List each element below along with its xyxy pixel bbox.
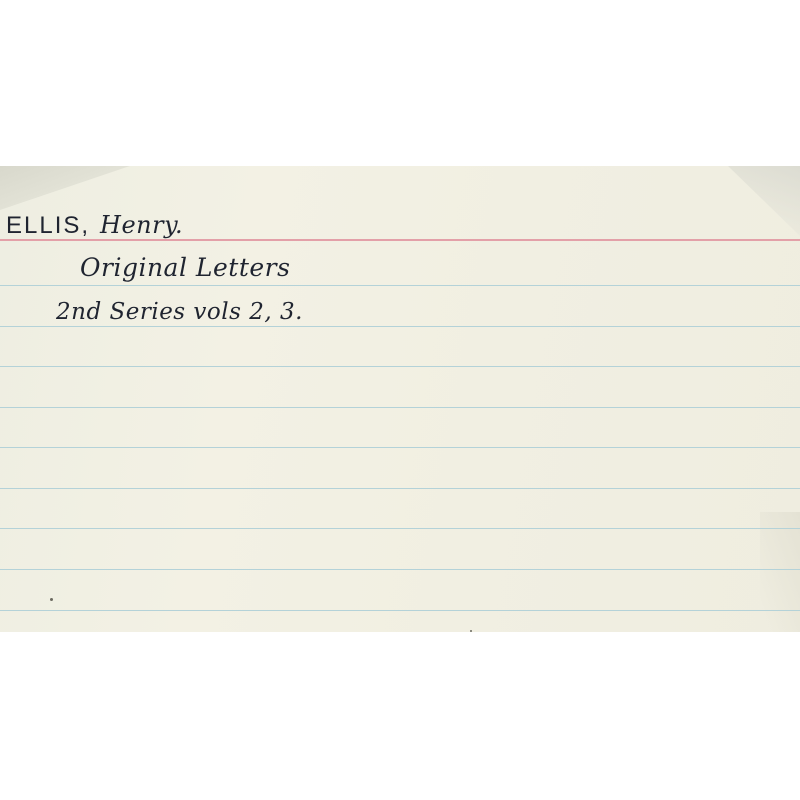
heading-surname: ELLIS,: [6, 212, 90, 239]
ruled-line: [0, 285, 800, 286]
work-title: Original Letters: [80, 253, 290, 282]
ruled-line: [0, 610, 800, 611]
paper-speck: [50, 598, 53, 601]
ruled-line: [0, 447, 800, 448]
creased-edge-bottom-right: [760, 512, 800, 632]
ruled-line: [0, 326, 800, 327]
ruled-line: [0, 528, 800, 529]
paper-speck: [470, 630, 472, 632]
card-heading: ELLIS,Henry.: [6, 211, 183, 240]
creased-corner-top-right: [720, 166, 800, 236]
heading-given-name: Henry.: [100, 211, 183, 239]
ruled-line: [0, 488, 800, 489]
ruled-line: [0, 366, 800, 367]
series-volumes: 2nd Series vols 2, 3.: [56, 299, 303, 325]
ruled-line: [0, 407, 800, 408]
ruled-line: [0, 569, 800, 570]
index-card: ELLIS,Henry. Original Letters 2nd Series…: [0, 166, 800, 632]
folded-corner-top-left: [0, 166, 130, 210]
